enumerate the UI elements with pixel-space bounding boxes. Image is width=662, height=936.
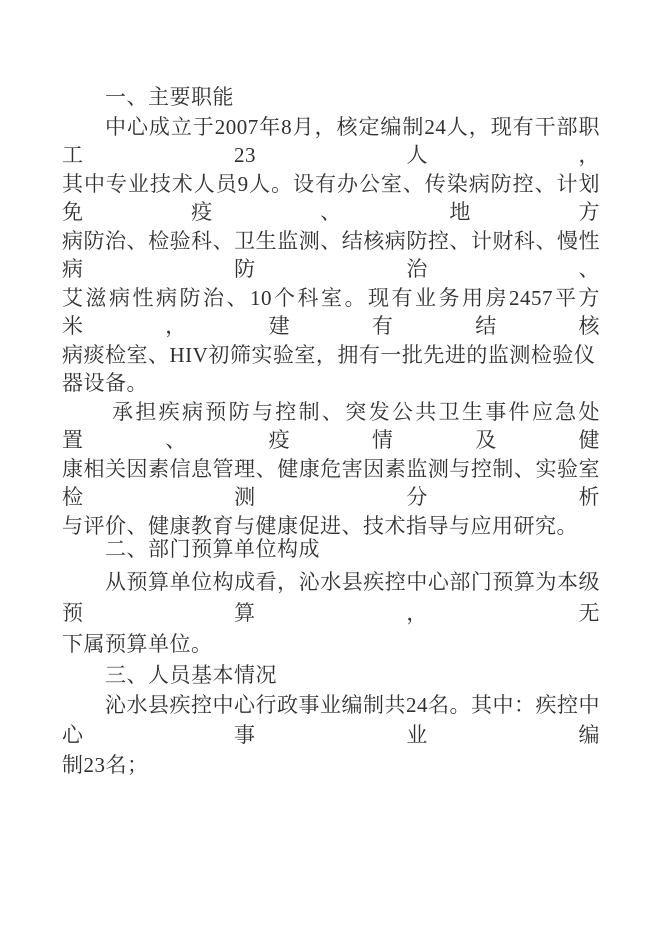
paragraph-4: 沁水县疾控中心行政事业编制共24名。其中：疾控中心事业编 制23名； — [62, 690, 600, 780]
heading-section-1: 一、主要职能 — [62, 83, 600, 112]
paragraph-3: 从预算单位构成看，沁水县疾控中心部门预算为本级预算，无 下属预算单位。 — [62, 567, 600, 660]
section-1: 一、主要职能 — [62, 83, 600, 112]
document-page: 一、主要职能 中心成立于2007年8月，核定编制24人，现有干部职工23人， 其… — [0, 0, 662, 936]
para-1-line-3: 病防治、检验科、卫生监测、结核病防控、计财科、慢性病防治、 — [62, 227, 600, 284]
para-4-line-1: 沁水县疾控中心行政事业编制共24名。其中：疾控中心事业编 — [62, 690, 600, 750]
para-3-line-1: 从预算单位构成看，沁水县疾控中心部门预算为本级预算，无 — [62, 567, 600, 629]
heading-section-3: 三、人员基本情况 — [62, 661, 600, 690]
section-3: 三、人员基本情况 — [62, 661, 600, 690]
para-2-line-2: 康相关因素信息管理、健康危害因素监测与控制、实验室检测分析 — [62, 455, 600, 512]
para-2-line-1: 承担疾病预防与控制、突发公共卫生事件应急处置、疫情及健 — [62, 398, 600, 455]
para-3-line-2: 下属预算单位。 — [62, 629, 600, 660]
para-1-line-4: 艾滋病性病防治、10个科室。现有业务用房2457平方米，建有结核 — [62, 284, 600, 341]
paragraph-2: 承担疾病预防与控制、突发公共卫生事件应急处置、疫情及健 康相关因素信息管理、健康… — [62, 398, 600, 541]
para-1-line-1: 中心成立于2007年8月，核定编制24人，现有干部职工23人， — [62, 113, 600, 170]
para-1-line-5: 病痰检室、HIV初筛实验室，拥有一批先进的监测检验仪器设备。 — [62, 341, 600, 398]
para-1-line-2: 其中专业技术人员9人。设有办公室、传染病防控、计划免疫、地方 — [62, 170, 600, 227]
para-4-line-2: 制23名； — [62, 750, 600, 780]
paragraph-1: 中心成立于2007年8月，核定编制24人，现有干部职工23人， 其中专业技术人员… — [62, 113, 600, 398]
